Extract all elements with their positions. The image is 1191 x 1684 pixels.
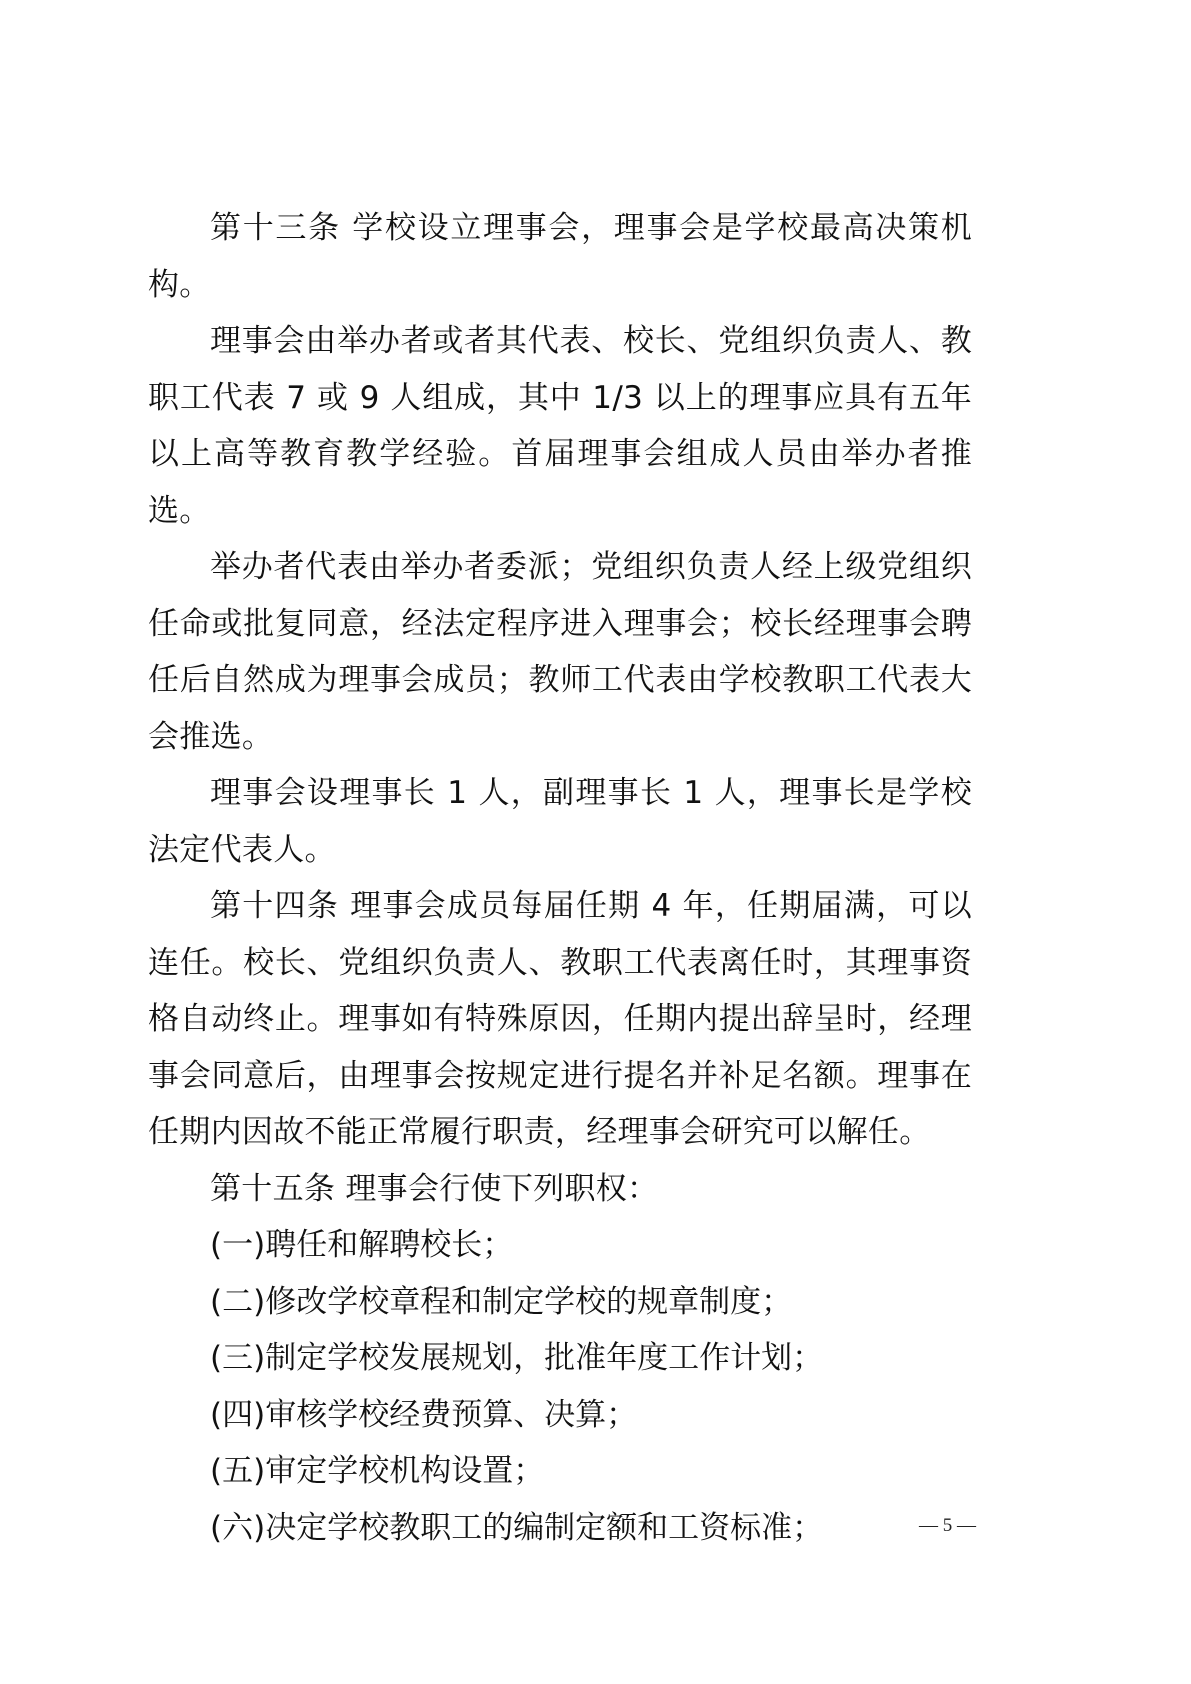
article-15-paragraph: 第十五条 理事会行使下列职权： xyxy=(148,1161,972,1218)
article-14-paragraph: 第十四条 理事会成员每届任期 4 年，任期届满，可以连任。校长、党组织负责人、教… xyxy=(148,878,972,1161)
list-item: (二)修改学校章程和制定学校的规章制度； xyxy=(148,1274,972,1331)
list-item: (六)决定学校教职工的编制定额和工资标准； xyxy=(148,1500,972,1557)
board-appointment-paragraph: 举办者代表由举办者委派；党组织负责人经上级党组织任命或批复同意，经法定程序进入理… xyxy=(148,539,972,765)
list-item: (一)聘任和解聘校长； xyxy=(148,1217,972,1274)
document-body: 第十三条 学校设立理事会，理事会是学校最高决策机构。 理事会由举办者或者其代表、… xyxy=(148,200,972,1556)
board-composition-paragraph: 理事会由举办者或者其代表、校长、党组织负责人、教职工代表 7 或 9 人组成，其… xyxy=(148,313,972,539)
list-item: (五)审定学校机构设置； xyxy=(148,1443,972,1500)
chairman-paragraph: 理事会设理事长 1 人，副理事长 1 人，理事长是学校法定代表人。 xyxy=(148,765,972,878)
article-13-paragraph: 第十三条 学校设立理事会，理事会是学校最高决策机构。 xyxy=(148,200,972,313)
page-number: — 5 — xyxy=(919,1515,976,1537)
list-item: (四)审核学校经费预算、决算； xyxy=(148,1387,972,1444)
list-item: (三)制定学校发展规划，批准年度工作计划； xyxy=(148,1330,972,1387)
